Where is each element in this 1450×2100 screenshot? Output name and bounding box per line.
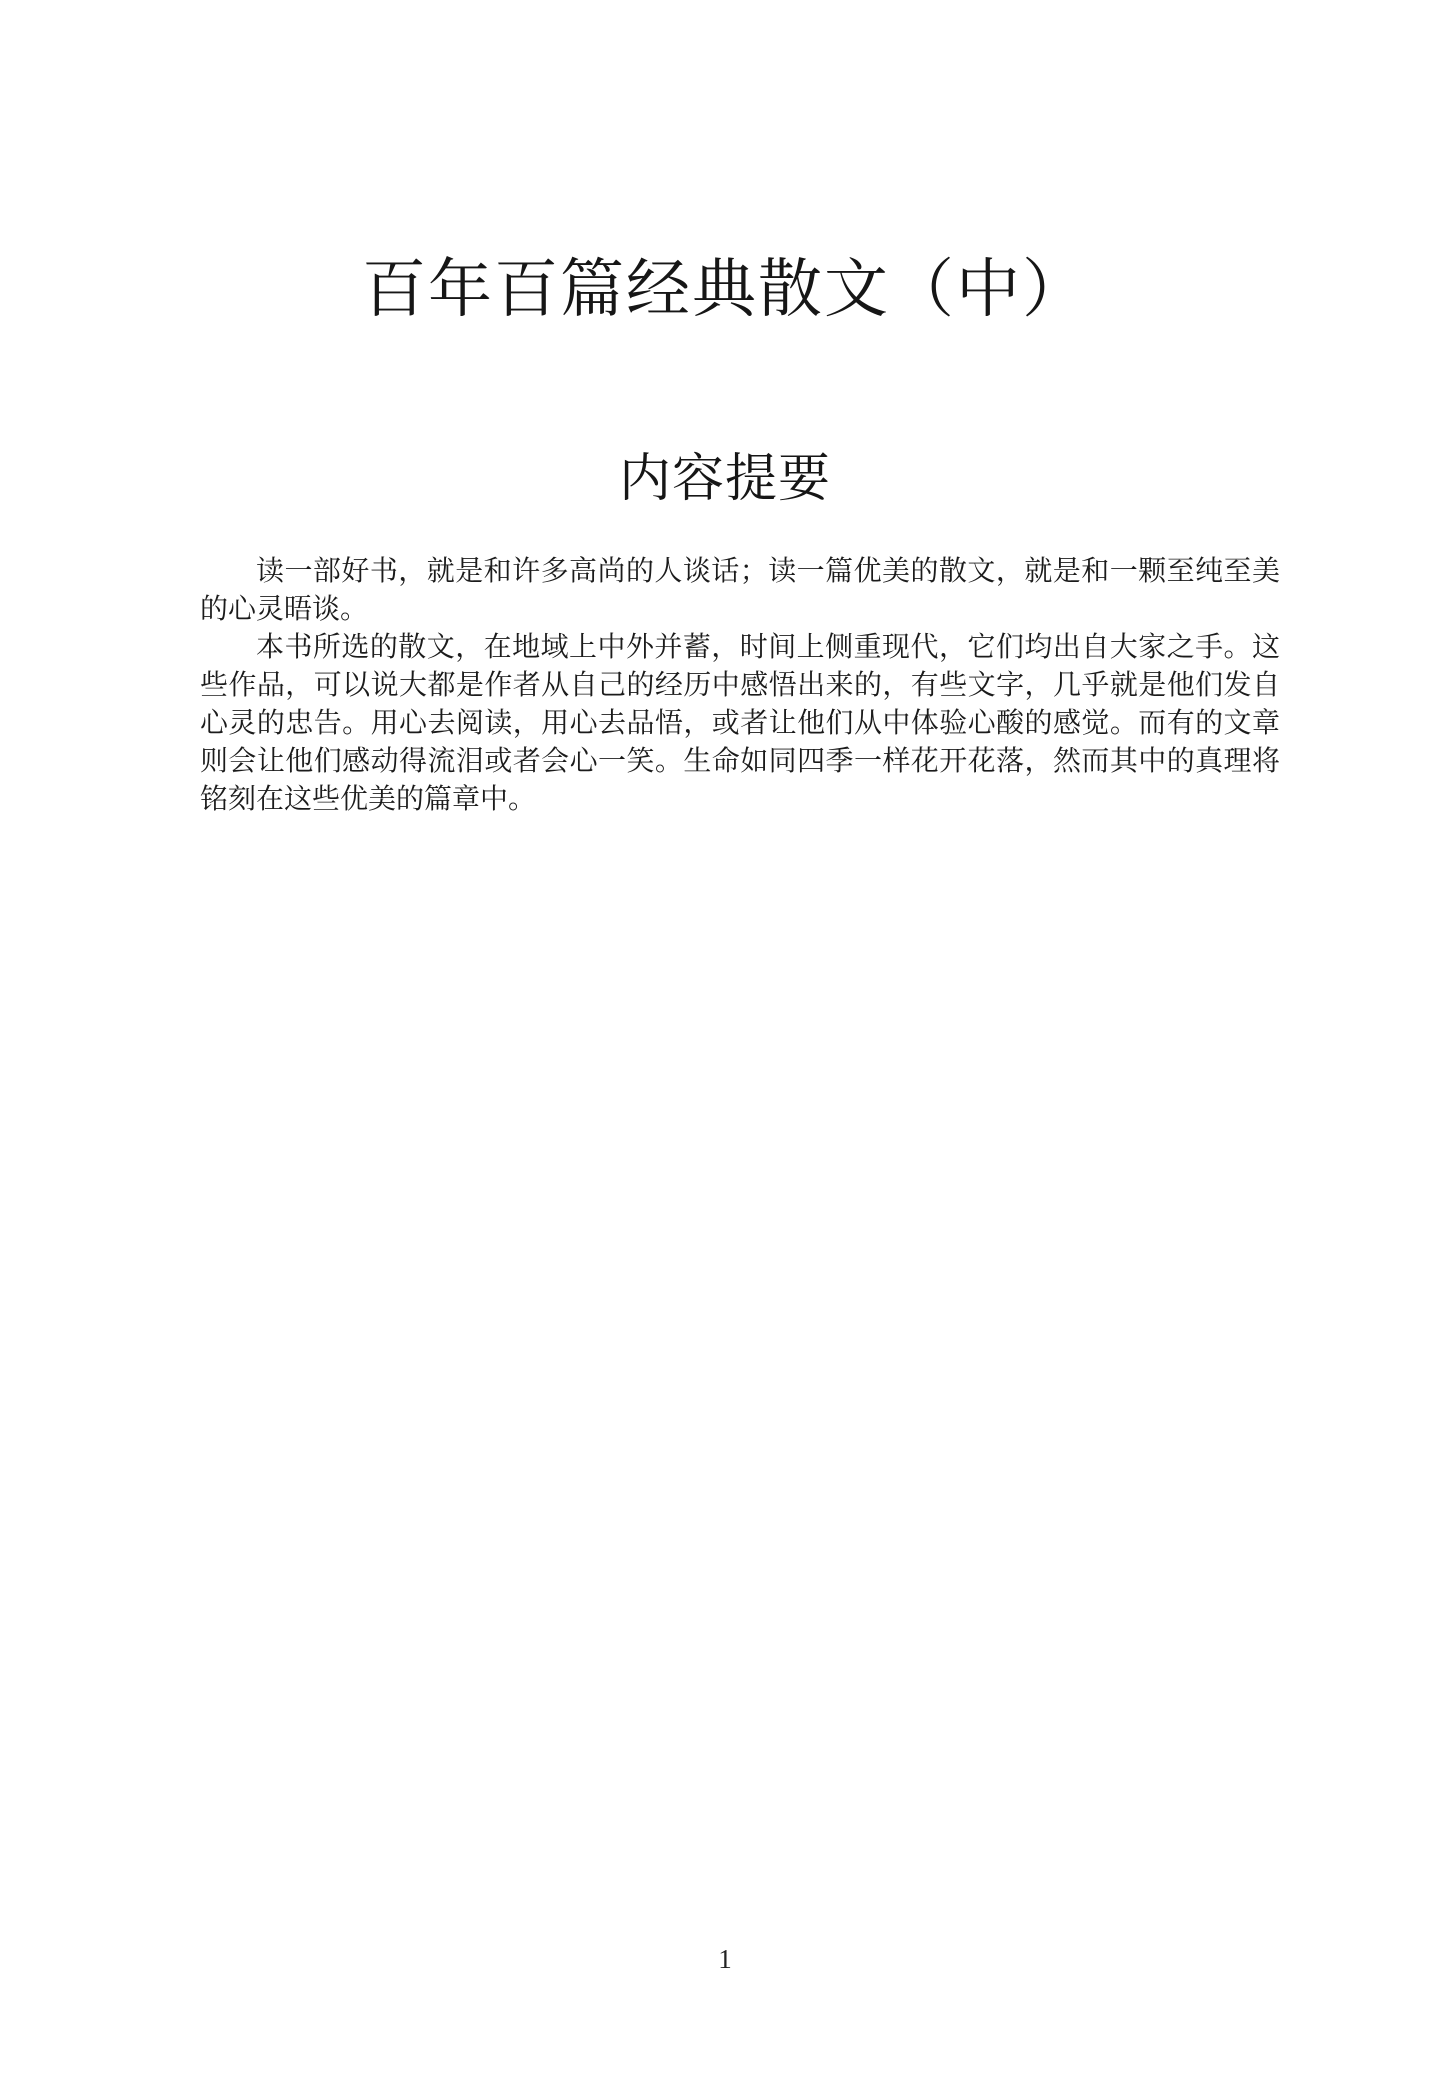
document-title: 百年百篇经典散文（中） <box>0 238 1450 330</box>
section-heading: 内容提要 <box>0 436 1450 511</box>
summary-paragraph: 本书所选的散文，在地域上中外并蓄，时间上侧重现代，它们均出自大家之手。这些作品，… <box>200 629 1280 819</box>
document-page: 百年百篇经典散文（中） 内容提要 读一部好书，就是和许多高尚的人谈话；读一篇优美… <box>0 0 1450 2100</box>
summary-body: 读一部好书，就是和许多高尚的人谈话；读一篇优美的散文，就是和一颗至纯至美的心灵晤… <box>200 553 1280 819</box>
summary-paragraph: 读一部好书，就是和许多高尚的人谈话；读一篇优美的散文，就是和一颗至纯至美的心灵晤… <box>200 553 1280 629</box>
page-number: 1 <box>0 1944 1450 1975</box>
